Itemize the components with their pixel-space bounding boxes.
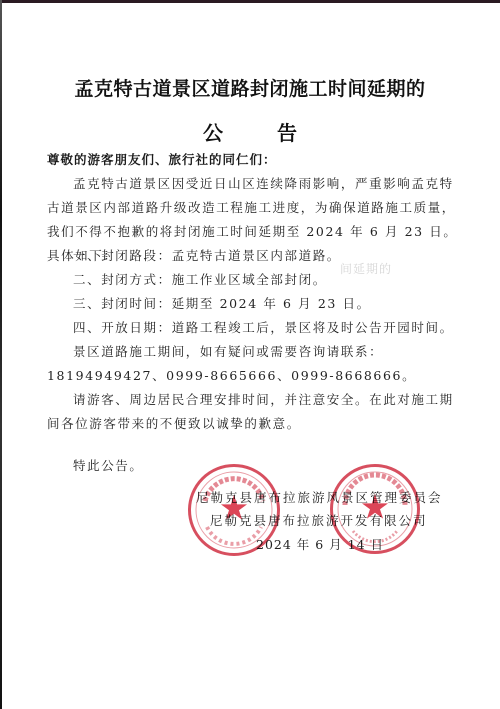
notice-page: 孟克特古道景区道路封闭施工时间延期的 公告 尊敬的游客朋友们、旅行社的同仁们： …: [0, 0, 500, 709]
closing-line: 特此公告。: [73, 456, 144, 474]
closure-item-opening: 四、开放日期：道路工程竣工后，景区将及时公告开园时间。: [47, 316, 463, 340]
notice-subtitle-char-2: 告: [277, 121, 297, 145]
closure-item-section: 一、封闭路段：孟克特古道景区内部道路。: [47, 244, 463, 268]
star-icon: ★: [360, 491, 390, 525]
development-company-seal: ★: [330, 464, 420, 554]
notice-subtitle-char-1: 公: [203, 121, 223, 145]
closure-item-time: 三、封闭时间：延期至 2024 年 6 月 23 日。: [47, 292, 463, 316]
notice-subtitle: 公告: [0, 117, 500, 146]
contact-paragraph: 景区道路施工期间，如有疑问或需要咨询请联系：18194949427、0999-8…: [47, 340, 463, 388]
closure-item-method: 二、封闭方式：施工作业区域全部封闭。: [47, 268, 463, 292]
management-committee-seal: ★: [188, 464, 280, 556]
safety-paragraph: 请游客、周边居民合理安排时间，并注意安全。在此对施工期间各位游客带来的不便致以诚…: [47, 388, 463, 436]
salutation: 尊敬的游客朋友们、旅行社的同仁们：: [47, 150, 277, 168]
star-icon: ★: [219, 492, 249, 526]
notice-title: 孟克特古道景区道路封闭施工时间延期的: [0, 74, 500, 101]
closure-details-list: 一、封闭路段：孟克特古道景区内部道路。 二、封闭方式：施工作业区域全部封闭。 三…: [47, 244, 463, 340]
bleed-through-text: 间延期的: [340, 260, 392, 277]
